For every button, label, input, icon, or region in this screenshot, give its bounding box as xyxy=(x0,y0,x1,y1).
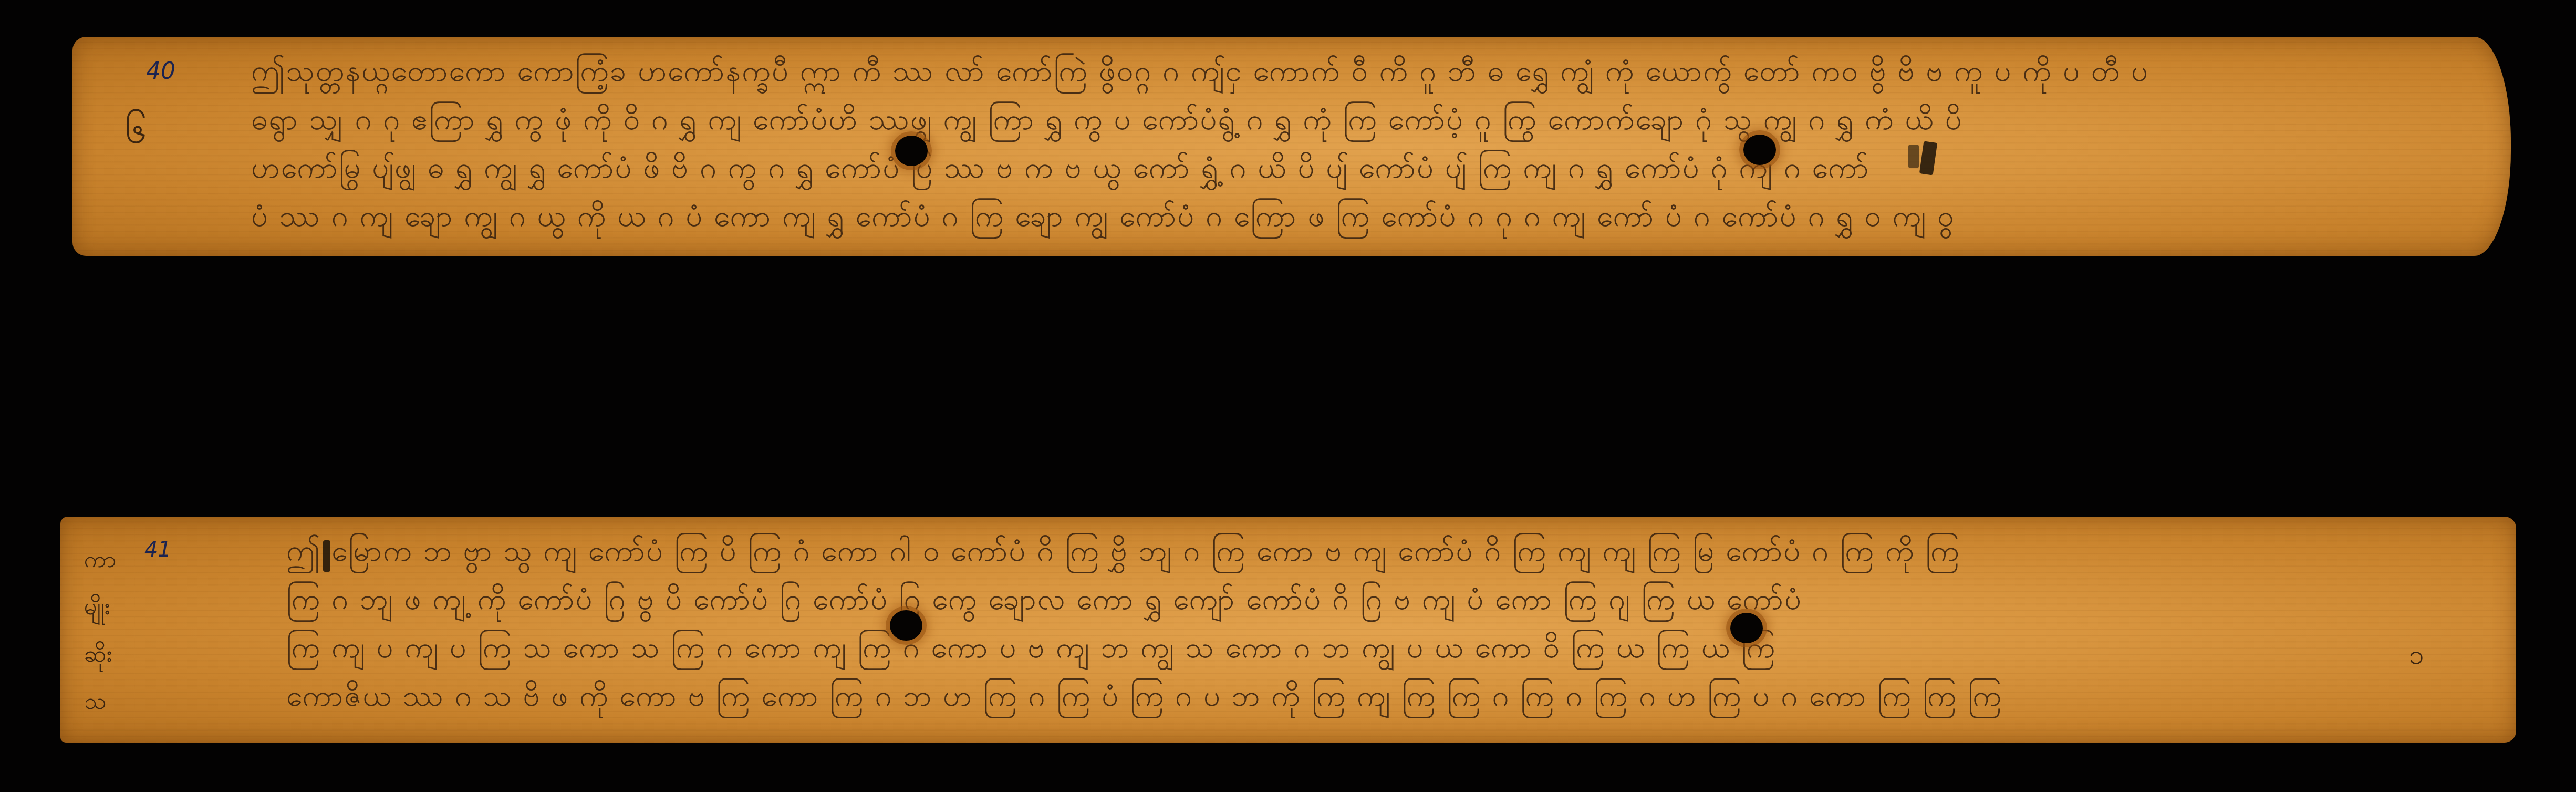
margin-label-3: ဆိုး xyxy=(84,643,112,666)
palm-leaf-folio-top: 40 ၆ ဤသုတ္တနယ္ဂတောကော ကောကြံ့ခ ဟကော်နက္ခ… xyxy=(72,37,2511,256)
text-line-1: ဤ မြောက ဘ ဗွာ သွ ကျ ကော်ပံ ကြ ပိ ကြ ဂံ က… xyxy=(286,527,2440,575)
binding-hole-right xyxy=(1730,613,1763,643)
manuscript-text: ဤသုတ္တနယ္ဂတောကော ကောကြံ့ခ ဟကော်နက္ခပီ ဣာ… xyxy=(251,47,2468,241)
right-margin-numeral: ၁ xyxy=(2408,637,2424,677)
ink-blot-mark xyxy=(323,540,330,572)
text-line-4: ကောဇိယ ဿ ဂ သ ဗိ ဖ ကို ကော ဗ ကြ ကော ကြ ဂ … xyxy=(286,672,2440,721)
text-line-2: ကြ ဂ ဘျ ဖ ကျ့ ကို ကော်ပံ ဂြ ဗွ ပိ ကော်ပံ… xyxy=(286,575,2440,624)
text-line-1: ဤသုတ္တနယ္ဂတောကော ကောကြံ့ခ ဟကော်နက္ခပီ ဣာ… xyxy=(251,47,2468,96)
margin-label-2: မျိုး xyxy=(84,595,110,619)
margin-label-4: သ xyxy=(84,690,107,713)
palm-leaf-folio-bottom: 41 ကာ မျိုး ဆိုး သ ဤ မြောက ဘ ဗွာ သွ ကျ က… xyxy=(60,517,2516,743)
margin-label-1: ကာ xyxy=(84,548,116,571)
folio-number-blue-ink: 41 xyxy=(144,538,171,562)
binding-hole-left xyxy=(890,610,922,641)
ink-blot-mark xyxy=(1908,145,1919,168)
text-line-2: ဓရွာ သျှ ဂ ဂု ဧကြာ ရွှ ကွ ဖုံ ကို ဝိ ဂ ရ… xyxy=(251,96,2468,144)
manuscript-text: ဤ မြောက ဘ ဗွာ သွ ကျ ကော်ပံ ကြ ပိ ကြ ဂံ က… xyxy=(286,527,2440,721)
folio-number-blue-ink: 40 xyxy=(146,58,175,85)
binding-hole-left xyxy=(895,136,928,166)
text-line-4: ပံ ဿ ဂ ကျ ချော ကျွ ဂ ယွ ကို ယ ဂ ပံ ကော က… xyxy=(251,192,2468,241)
binding-hole-right xyxy=(1743,135,1776,165)
text-line-3: ဟကော်မြွ ပျ်ဖျွ ဓ ရွှ ကျွ ရွှ ကော်ပံ ဖိ … xyxy=(251,144,2468,192)
margin-folio-numeral: ၆ xyxy=(125,110,147,149)
text-line-3: ကြ ကျ ပ ကျ ပ ကြ သ ကော သ ကြ ဂ ကော ကျ ကြ ဂ… xyxy=(286,624,2440,672)
